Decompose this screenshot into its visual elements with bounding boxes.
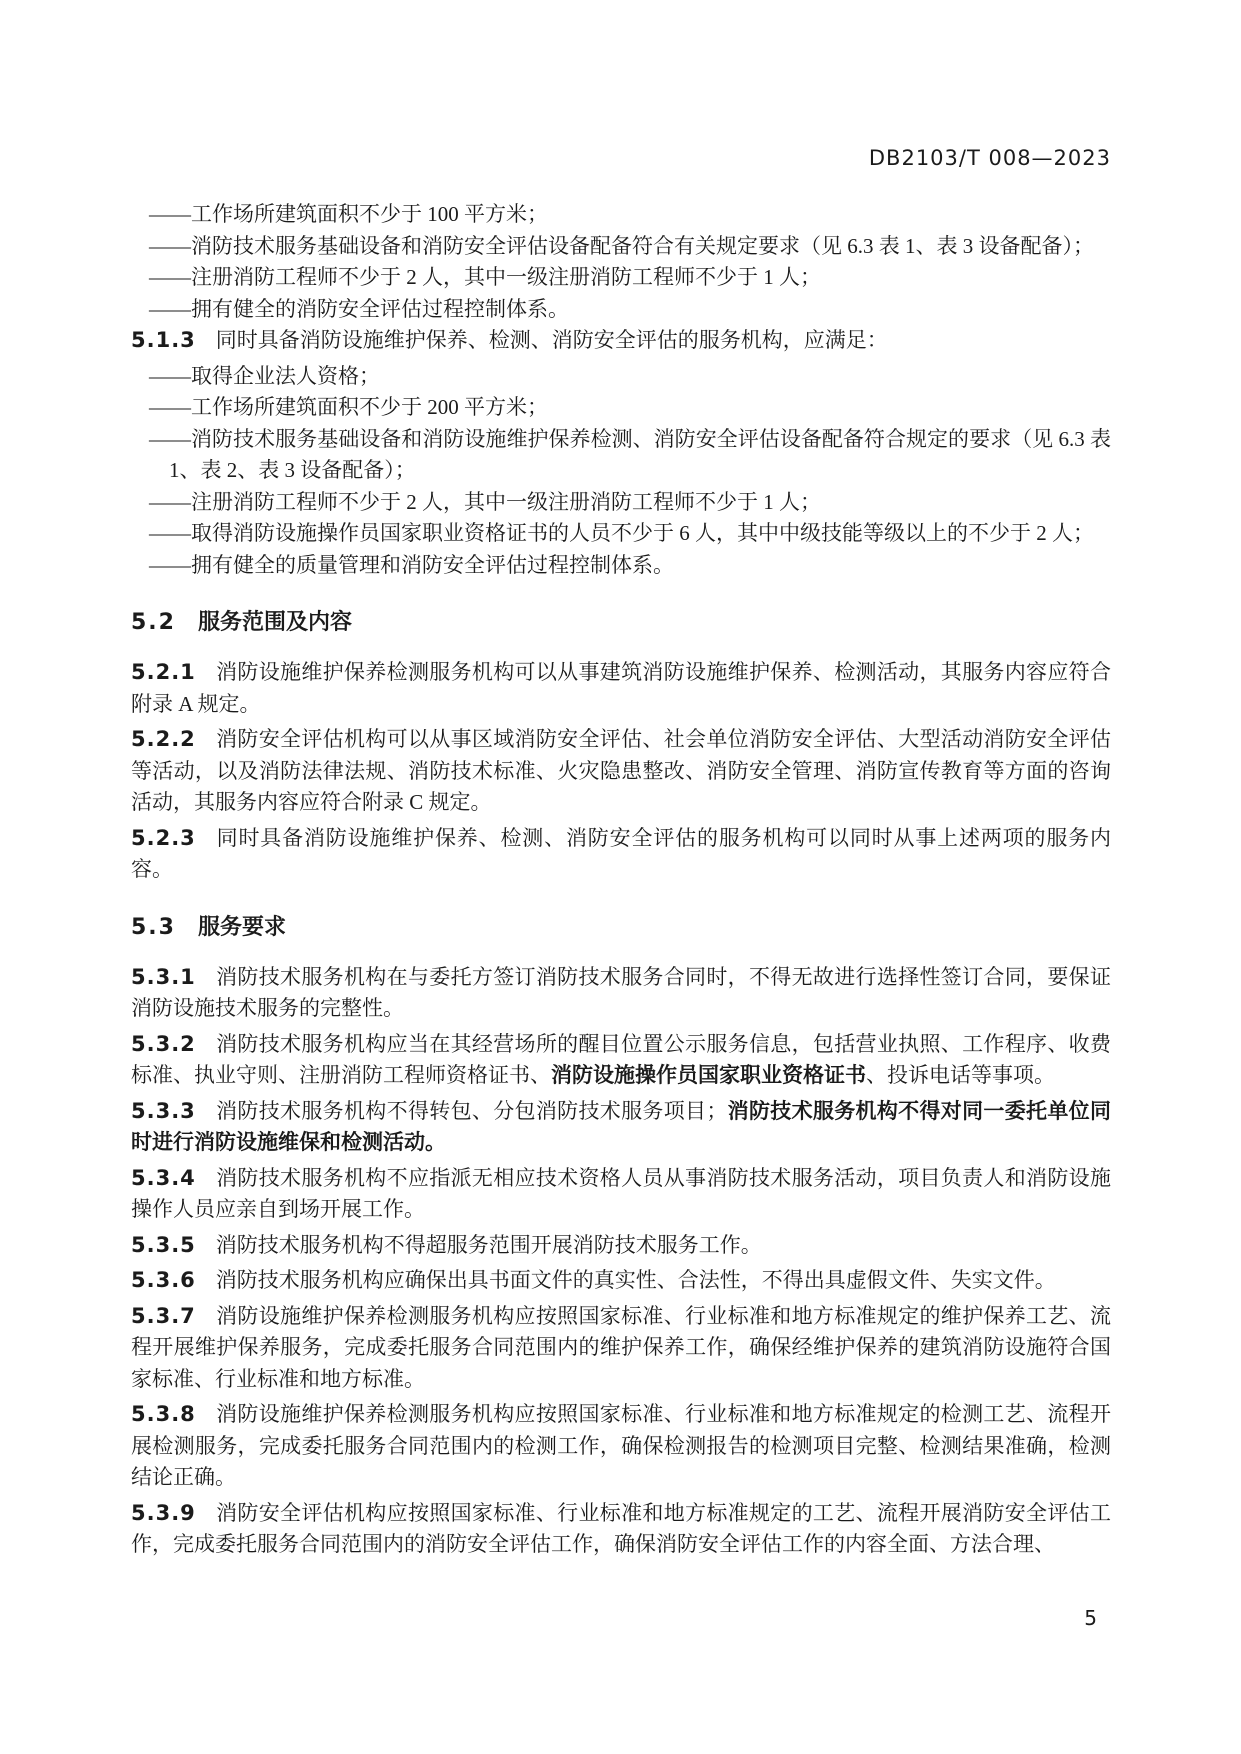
section-heading: 5.3服务要求 <box>131 912 1111 944</box>
clause-paragraph: 5.3.8消防设施维护保养检测服务机构应按照国家标准、行业标准和地方标准规定的检… <box>131 1399 1111 1494</box>
clause-number: 5.3 <box>131 915 176 940</box>
clause-paragraph: 5.2.2消防安全评估机构可以从事区域消防安全评估、社会单位消防安全评估、大型活… <box>131 724 1111 819</box>
clause-paragraph: 5.3.7消防设施维护保养检测服务机构应按照国家标准、行业标准和地方标准规定的维… <box>131 1301 1111 1396</box>
standard-number-header: DB2103/T 008—2023 <box>131 146 1111 170</box>
clause-number: 5.3.7 <box>131 1304 196 1328</box>
text-run: 消防安全评估机构可以从事区域消防安全评估、社会单位消防安全评估、大型活动消防安全… <box>131 727 1111 814</box>
clause-number: 5.2.1 <box>131 660 196 684</box>
text-run: ——取得企业法人资格； <box>149 364 380 388</box>
clause-number: 5.3.9 <box>131 1501 196 1525</box>
dash-list-item: ——工作场所建筑面积不少于 200 平方米； <box>169 392 1111 424</box>
dash-list-item: ——取得消防设施操作员国家职业资格证书的人员不少于 6 人，其中中级技能等级以上… <box>169 518 1111 550</box>
clause-number: 5.3.5 <box>131 1233 196 1257</box>
clause-paragraph: 5.3.6消防技术服务机构应确保出具书面文件的真实性、合法性，不得出具虚假文件、… <box>131 1265 1111 1297</box>
clause-number: 5.3.6 <box>131 1268 196 1292</box>
clause-paragraph: 5.3.1消防技术服务机构在与委托方签订消防技术服务合同时，不得无故进行选择性签… <box>131 962 1111 1025</box>
clause-number: 5.3.1 <box>131 965 196 989</box>
text-run: ——拥有健全的质量管理和消防安全评估过程控制体系。 <box>149 553 674 577</box>
text-run: 同时具备消防设施维护保养、检测、消防安全评估的服务机构可以同时从事上述两项的服务… <box>131 826 1111 882</box>
text-run: 消防设施维护保养检测服务机构应按照国家标准、行业标准和地方标准规定的检测工艺、流… <box>131 1402 1111 1489</box>
clause-paragraph: 5.3.4消防技术服务机构不应指派无相应技术资格人员从事消防技术服务活动，项目负… <box>131 1163 1111 1226</box>
clause-paragraph: 5.3.5消防技术服务机构不得超服务范围开展消防技术服务工作。 <box>131 1230 1111 1262</box>
clause-number: 5.3.2 <box>131 1032 196 1056</box>
text-run: 消防技术服务机构不得转包、分包消防技术服务项目； <box>216 1099 728 1123</box>
bold-text-run: 消防设施操作员国家职业资格证书 <box>551 1063 866 1087</box>
text-run: ——拥有健全的消防安全评估过程控制体系。 <box>149 297 569 321</box>
text-run: 消防技术服务机构不得超服务范围开展消防技术服务工作。 <box>216 1233 762 1257</box>
clause-paragraph: 5.3.9消防安全评估机构应按照国家标准、行业标准和地方标准规定的工艺、流程开展… <box>131 1498 1111 1561</box>
text-run: ——注册消防工程师不少于 2 人，其中一级注册消防工程师不少于 1 人； <box>149 265 821 289</box>
dash-list-item: ——拥有健全的质量管理和消防安全评估过程控制体系。 <box>169 550 1111 582</box>
text-run: 消防技术服务机构在与委托方签订消防技术服务合同时，不得无故进行选择性签订合同，要… <box>131 965 1111 1021</box>
dash-list-item: ——消防技术服务基础设备和消防安全评估设备配备符合有关规定要求（见 6.3 表 … <box>169 231 1111 263</box>
clause-number: 5.2 <box>131 610 176 635</box>
dash-list-item: ——注册消防工程师不少于 2 人，其中一级注册消防工程师不少于 1 人； <box>169 262 1111 294</box>
text-run: ——工作场所建筑面积不少于 100 平方米； <box>149 202 548 226</box>
bold-text-run: 服务范围及内容 <box>198 610 352 635</box>
text-run: 消防设施维护保养检测服务机构应按照国家标准、行业标准和地方标准规定的维护保养工艺… <box>131 1304 1111 1391</box>
text-run: ——消防技术服务基础设备和消防设施维护保养检测、消防安全评估设备配备符合规定的要… <box>149 427 1111 483</box>
text-run: 消防设施维护保养检测服务机构可以从事建筑消防设施维护保养、检测活动，其服务内容应… <box>131 660 1111 716</box>
text-run: 消防技术服务机构不应指派无相应技术资格人员从事消防技术服务活动，项目负责人和消防… <box>131 1166 1111 1222</box>
dash-list-item: ——注册消防工程师不少于 2 人，其中一级注册消防工程师不少于 1 人； <box>169 487 1111 519</box>
dash-list-item: ——消防技术服务基础设备和消防设施维护保养检测、消防安全评估设备配备符合规定的要… <box>169 424 1111 487</box>
document-content: ——工作场所建筑面积不少于 100 平方米；——消防技术服务基础设备和消防安全评… <box>131 199 1111 1565</box>
section-heading: 5.2服务范围及内容 <box>131 607 1111 639</box>
text-run: 消防技术服务机构应确保出具书面文件的真实性、合法性，不得出具虚假文件、失实文件。 <box>216 1268 1056 1292</box>
clause-number: 5.1.3 <box>131 328 196 352</box>
clause-number: 5.3.3 <box>131 1099 196 1123</box>
page-number: 5 <box>131 1606 1097 1630</box>
dash-list-item: ——拥有健全的消防安全评估过程控制体系。 <box>169 294 1111 326</box>
clause-number: 5.3.8 <box>131 1402 196 1426</box>
text-run: ——取得消防设施操作员国家职业资格证书的人员不少于 6 人，其中中级技能等级以上… <box>149 521 1094 545</box>
bold-text-run: 服务要求 <box>198 915 286 940</box>
clause-paragraph: 5.1.3同时具备消防设施维护保养、检测、消防安全评估的服务机构，应满足： <box>131 325 1111 357</box>
dash-list-item: ——取得企业法人资格； <box>169 361 1111 393</box>
text-run: 同时具备消防设施维护保养、检测、消防安全评估的服务机构，应满足： <box>216 328 888 352</box>
text-run: 、投诉电话等事项。 <box>866 1063 1055 1087</box>
text-run: ——消防技术服务基础设备和消防安全评估设备配备符合有关规定要求（见 6.3 表 … <box>149 234 1094 258</box>
document-page: DB2103/T 008—2023 ——工作场所建筑面积不少于 100 平方米；… <box>0 0 1241 1754</box>
text-run: ——工作场所建筑面积不少于 200 平方米； <box>149 395 548 419</box>
clause-paragraph: 5.3.3消防技术服务机构不得转包、分包消防技术服务项目；消防技术服务机构不得对… <box>131 1096 1111 1159</box>
clause-number: 5.3.4 <box>131 1166 196 1190</box>
clause-number: 5.2.2 <box>131 727 196 751</box>
dash-list-item: ——工作场所建筑面积不少于 100 平方米； <box>169 199 1111 231</box>
clause-paragraph: 5.3.2消防技术服务机构应当在其经营场所的醒目位置公示服务信息，包括营业执照、… <box>131 1029 1111 1092</box>
clause-paragraph: 5.2.1消防设施维护保养检测服务机构可以从事建筑消防设施维护保养、检测活动，其… <box>131 657 1111 720</box>
clause-number: 5.2.3 <box>131 826 196 850</box>
clause-paragraph: 5.2.3同时具备消防设施维护保养、检测、消防安全评估的服务机构可以同时从事上述… <box>131 823 1111 886</box>
text-run: ——注册消防工程师不少于 2 人，其中一级注册消防工程师不少于 1 人； <box>149 490 821 514</box>
text-run: 消防安全评估机构应按照国家标准、行业标准和地方标准规定的工艺、流程开展消防安全评… <box>131 1501 1111 1557</box>
